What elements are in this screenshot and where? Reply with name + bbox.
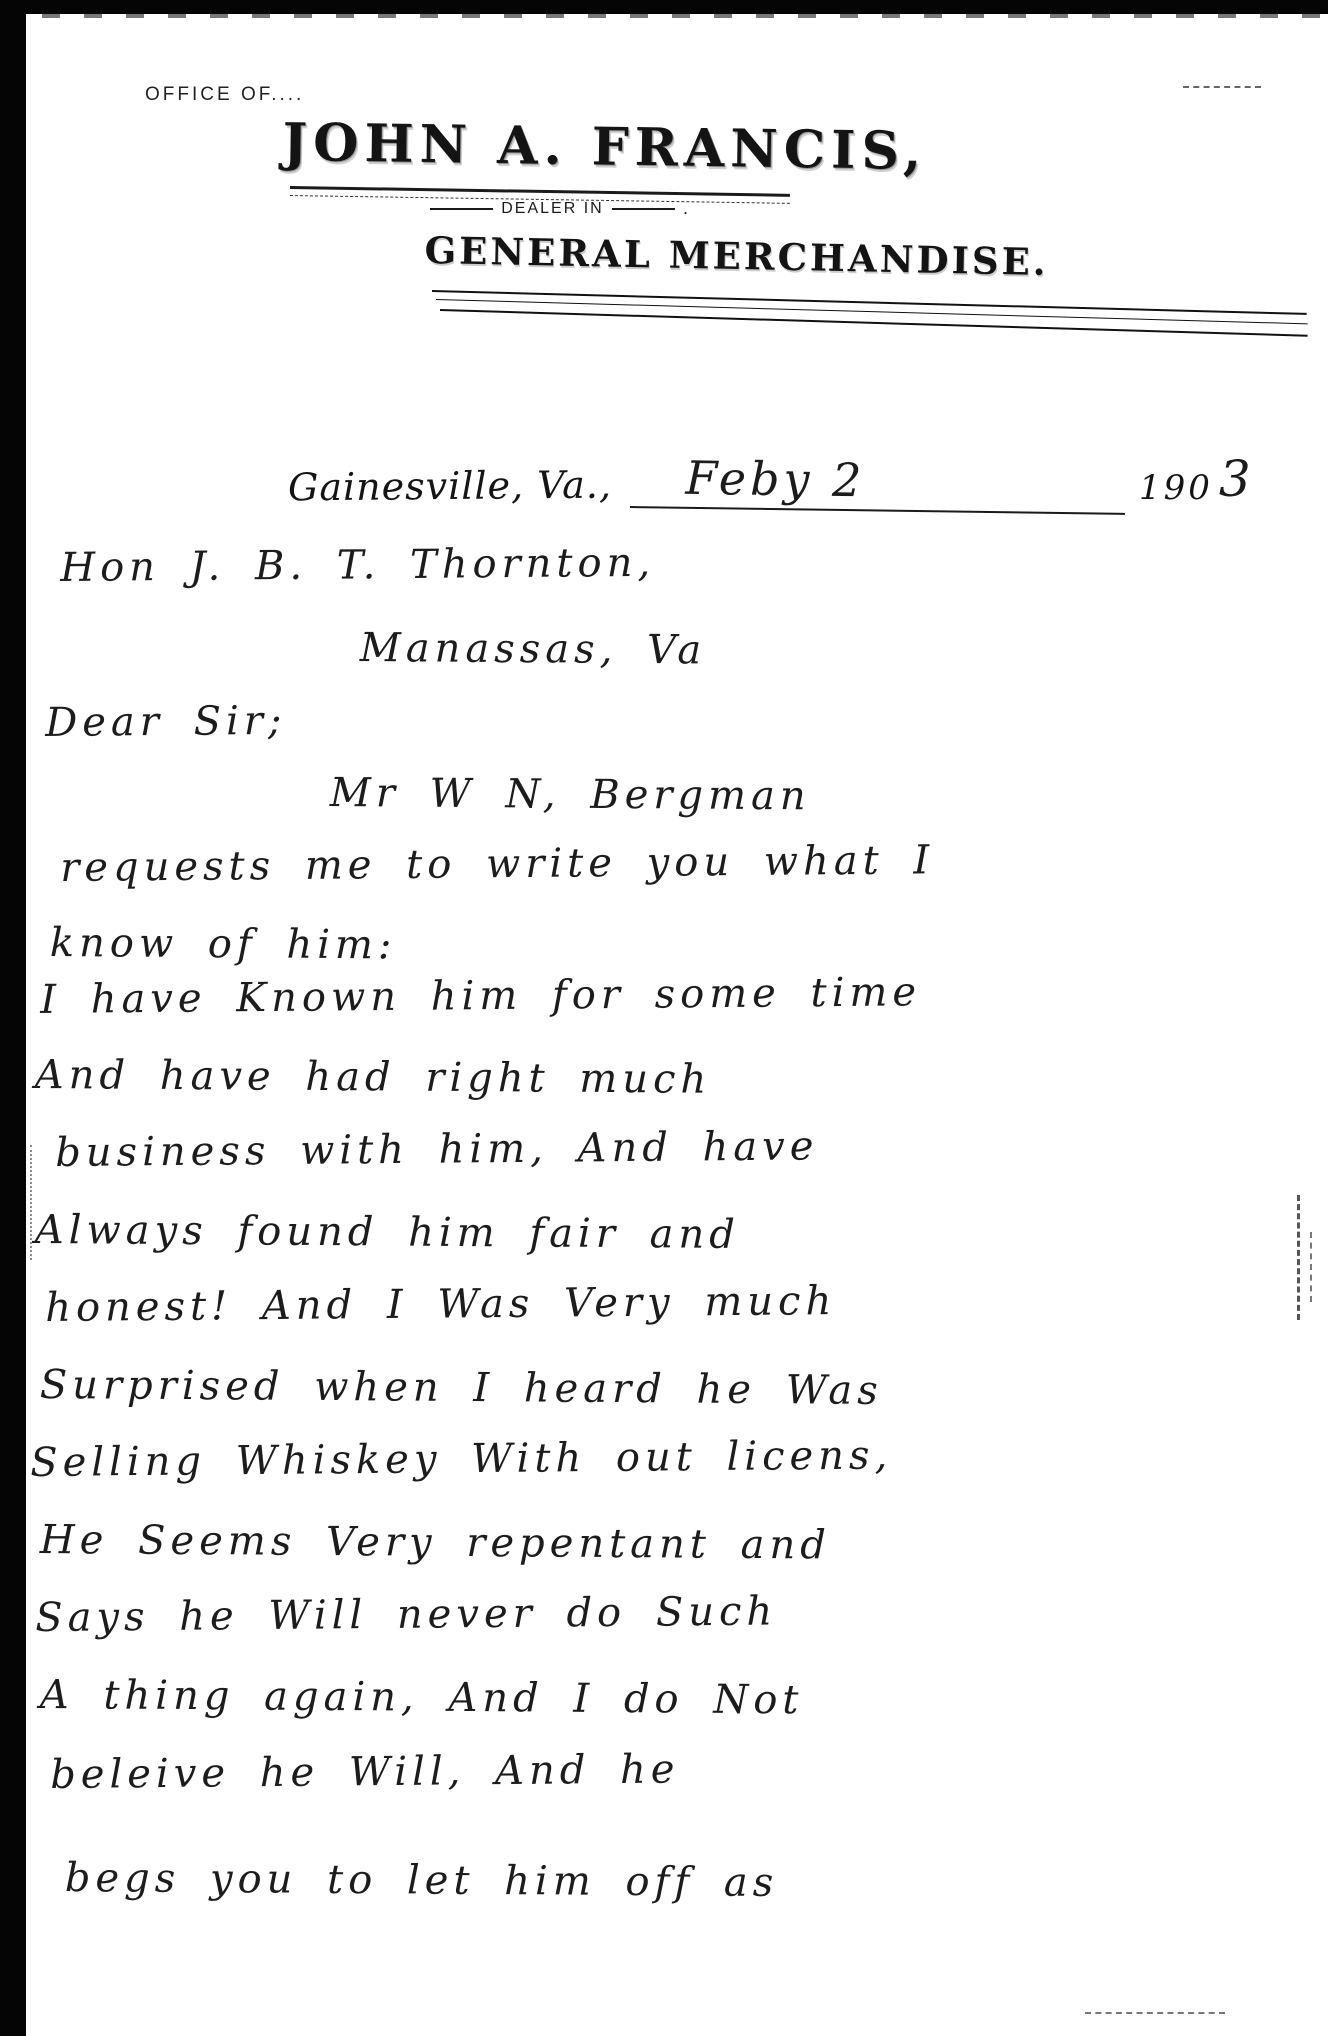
- scanned-letter-page: OFFICE OF.... JOHN A. FRANCIS, DEALER IN…: [0, 0, 1328, 2036]
- dealer-in-period: .: [683, 198, 690, 219]
- letterhead-dealer-in-label: DEALER IN: [501, 200, 603, 218]
- scan-artifact-dash-top-right: [1183, 86, 1261, 88]
- dealer-in-right-rule: [612, 208, 675, 210]
- handwritten-line: A thing again, And I do Not: [40, 1672, 804, 1723]
- handwritten-line: honest! And I Was Very much: [45, 1278, 836, 1331]
- handwritten-line: Surprised when I heard he Was: [40, 1362, 883, 1414]
- scan-frame-noise: [0, 14, 1328, 18]
- letterhead-business-line: GENERAL MERCHANDISE.: [424, 228, 1049, 284]
- scan-artifact-vertical-dashes-right: [1297, 1195, 1300, 1320]
- handwritten-line: Always found him fair and: [35, 1207, 740, 1258]
- dateline-place: Gainesville, Va.,: [288, 463, 612, 510]
- handwritten-line: requests me to write you what I: [60, 837, 934, 891]
- scan-artifact-vertical-dashes-right-2: [1310, 1232, 1312, 1302]
- dateline: Gainesville, Va., Feby 2 190 3: [288, 418, 1251, 508]
- scan-artifact-vertical-dashes-left: [30, 1145, 32, 1260]
- dateline-rule: Feby 2: [630, 450, 1126, 515]
- letterhead-dealer-in-row: DEALER IN .: [430, 198, 690, 219]
- handwritten-line-city: Manassas, Va: [360, 625, 707, 673]
- letterhead-proprietor-name: JOHN A. FRANCIS,: [282, 112, 928, 182]
- handwritten-line: business with him, And have: [55, 1123, 819, 1176]
- scan-artifact-dash-bottom-right: [1085, 2012, 1225, 2014]
- scan-frame-top: [0, 0, 1328, 14]
- handwritten-line: know of him:: [50, 920, 397, 968]
- dateline-handwritten-year-digit: 3: [1219, 450, 1251, 508]
- handwritten-line: Selling Whiskey With out licens,: [30, 1432, 892, 1486]
- handwritten-line: Mr W N, Bergman: [330, 770, 811, 819]
- handwritten-line-recipient: Hon J. B. T. Thornton,: [60, 540, 655, 591]
- handwritten-line: I have Known him for some time: [40, 969, 921, 1023]
- handwritten-line: And have had right much: [35, 1052, 712, 1103]
- dateline-handwritten-date: Feby 2: [685, 451, 866, 508]
- dateline-printed-year: 190: [1139, 468, 1213, 508]
- handwritten-line-salutation: Dear Sir;: [45, 698, 287, 746]
- handwritten-line: beleive he Will, And he: [50, 1747, 680, 1798]
- handwritten-line: begs you to let him off as: [65, 1855, 779, 1906]
- handwritten-line: He Seems Very repentant and: [40, 1517, 831, 1569]
- handwritten-line: Says he Will never do Such: [35, 1589, 777, 1641]
- scan-frame-left: [0, 0, 26, 2036]
- dealer-in-left-rule: [430, 208, 493, 210]
- letterhead-office-of: OFFICE OF....: [145, 84, 304, 106]
- letterhead-business-underline-3: [440, 309, 1308, 337]
